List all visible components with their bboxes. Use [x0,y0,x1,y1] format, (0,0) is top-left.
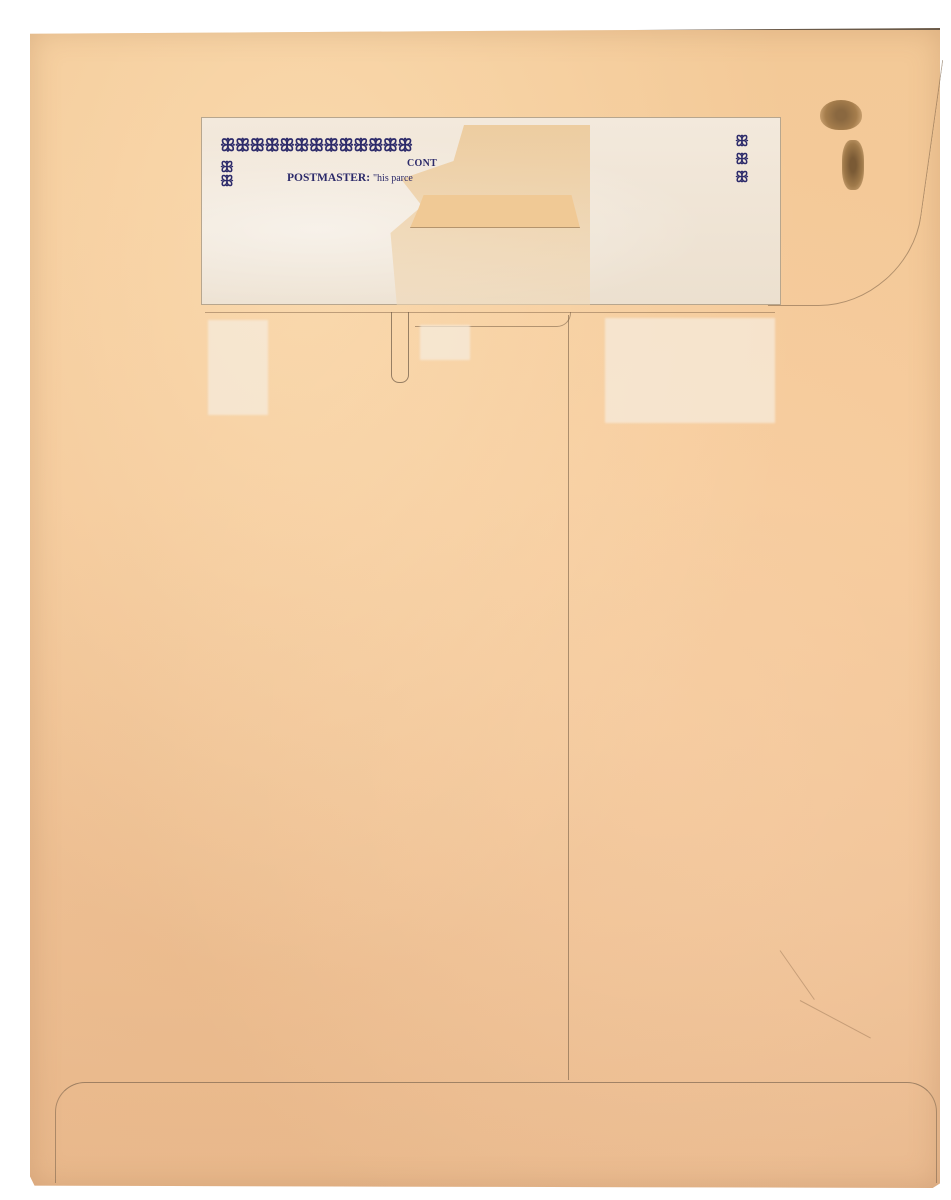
label-fold [410,195,580,228]
postmaster-text: "his parce [373,173,413,184]
center-seam [568,315,569,1080]
label-border-ornament: ꕥꕥꕥꕥꕥꕥꕥꕥꕥꕥꕥꕥꕥ [220,138,412,155]
postmaster-line: POSTMASTER: "his parce [287,172,413,184]
label-border-ornament-right: ꕥ ꕥ ꕥ [735,132,755,186]
stain-blob [820,100,862,130]
glue-residue [208,320,268,415]
stain-blob [842,140,864,190]
clasp-slot [391,312,409,383]
bottom-flap [55,1082,937,1183]
postmaster-label: POSTMASTER: [287,172,370,184]
glue-residue [420,325,470,360]
ink-stain [820,100,868,195]
label-border-ornament-left: ꕥ ꕥ [220,160,238,188]
glue-residue [605,318,775,423]
label-heading: CONT [407,158,437,169]
